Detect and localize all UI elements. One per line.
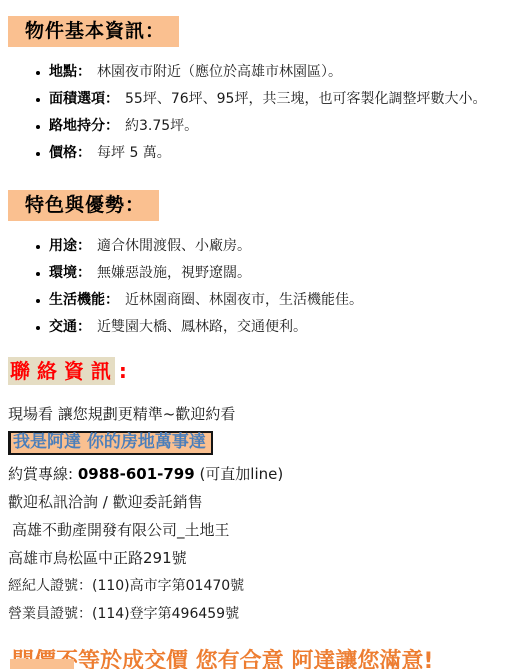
item-label: 面積選項：: [49, 91, 119, 108]
address-line: 高雄市鳥松區中正路291號: [8, 549, 514, 567]
item-text: 近林園商圈、林園夜市，生活機能佳。: [125, 292, 363, 309]
section-title-features: 特色與優勢：: [8, 190, 159, 221]
cutoff-section-highlight: [10, 659, 74, 669]
phone-line: 約賞專線: 0988-601-799 (可直加line): [8, 465, 514, 483]
item-text: 林園夜市附近（應位於高雄市林園區）。: [97, 64, 342, 81]
item-text: 適合休閒渡假、小廠房。: [97, 238, 251, 255]
item-text: 約3.75坪。: [125, 118, 198, 135]
bullet-icon: [36, 326, 40, 330]
invite-line: 現場看 讓您規劃更精準~歡迎約看: [8, 405, 514, 423]
item-label: 價格：: [49, 145, 91, 162]
list-item: 用途： 適合休閒渡假、小廠房。: [36, 238, 514, 255]
broker-license-line: 經紀人證號：(110)高市字第01470號: [8, 578, 514, 595]
basic-info-list: 地點： 林園夜市附近（應位於高雄市林園區）。 面積選項： 55坪、76坪、95坪…: [36, 64, 514, 162]
list-item: 面積選項： 55坪、76坪、95坪，共三塊，也可客製化調整坪數大小。: [36, 91, 514, 108]
bullet-icon: [36, 299, 40, 303]
list-item: 環境： 無嫌惡設施，視野遼闊。: [36, 265, 514, 282]
item-text: 無嫌惡設施，視野遼闊。: [97, 265, 251, 282]
section-title-basic-info: 物件基本資訊：: [8, 16, 179, 47]
bullet-icon: [36, 245, 40, 249]
item-label: 用途：: [49, 238, 91, 255]
phone-note: (可直加line): [199, 465, 283, 483]
section-title-contact: 聯 絡 資 訊: [8, 357, 115, 385]
item-label: 生活機能：: [49, 292, 119, 309]
bullet-icon: [36, 272, 40, 276]
welcome-line: 歡迎私訊洽詢 / 歡迎委託銷售: [8, 493, 514, 511]
company-line: 高雄不動產開發有限公司_土地王: [8, 521, 514, 539]
item-text: 每坪 5 萬。: [97, 145, 171, 162]
list-item: 路地持分： 約3.75坪。: [36, 118, 514, 135]
agent-license-line: 營業員證號：(114)登字第496459號: [8, 606, 514, 623]
item-label: 環境：: [49, 265, 91, 282]
listing-flyer-page: 物件基本資訊： 地點： 林園夜市附近（應位於高雄市林園區）。 面積選項： 55坪…: [0, 0, 524, 669]
item-text: 近雙園大橋、鳳林路，交通便利。: [97, 319, 307, 336]
list-item: 交通： 近雙園大橋、鳳林路，交通便利。: [36, 319, 514, 336]
item-label: 交通：: [49, 319, 91, 336]
features-list: 用途： 適合休閒渡假、小廠房。 環境： 無嫌惡設施，視野遼闊。 生活機能： 近林…: [36, 238, 514, 336]
item-label: 地點：: [49, 64, 91, 81]
phone-label: 約賞專線:: [8, 465, 73, 483]
bullet-icon: [36, 152, 40, 156]
phone-number: 0988-601-799: [78, 465, 195, 483]
bullet-icon: [36, 71, 40, 75]
section-title-contact-wrap: 聯 絡 資 訊:: [8, 357, 514, 385]
item-text: 55坪、76坪、95坪，共三塊，也可客製化調整坪數大小。: [125, 91, 486, 108]
bullet-icon: [36, 125, 40, 129]
list-item: 地點： 林園夜市附近（應位於高雄市林園區）。: [36, 64, 514, 81]
contact-title-colon: :: [119, 359, 127, 383]
list-item: 生活機能： 近林園商圈、林園夜市，生活機能佳。: [36, 292, 514, 309]
closing-tagline: 開價不等於成交價 您有合意 阿達讓您滿意!: [12, 649, 514, 669]
list-item: 價格： 每坪 5 萬。: [36, 145, 514, 162]
agent-slogan-box: 我是阿達 你的房地萬事達: [8, 431, 213, 455]
bullet-icon: [36, 98, 40, 102]
item-label: 路地持分：: [49, 118, 119, 135]
